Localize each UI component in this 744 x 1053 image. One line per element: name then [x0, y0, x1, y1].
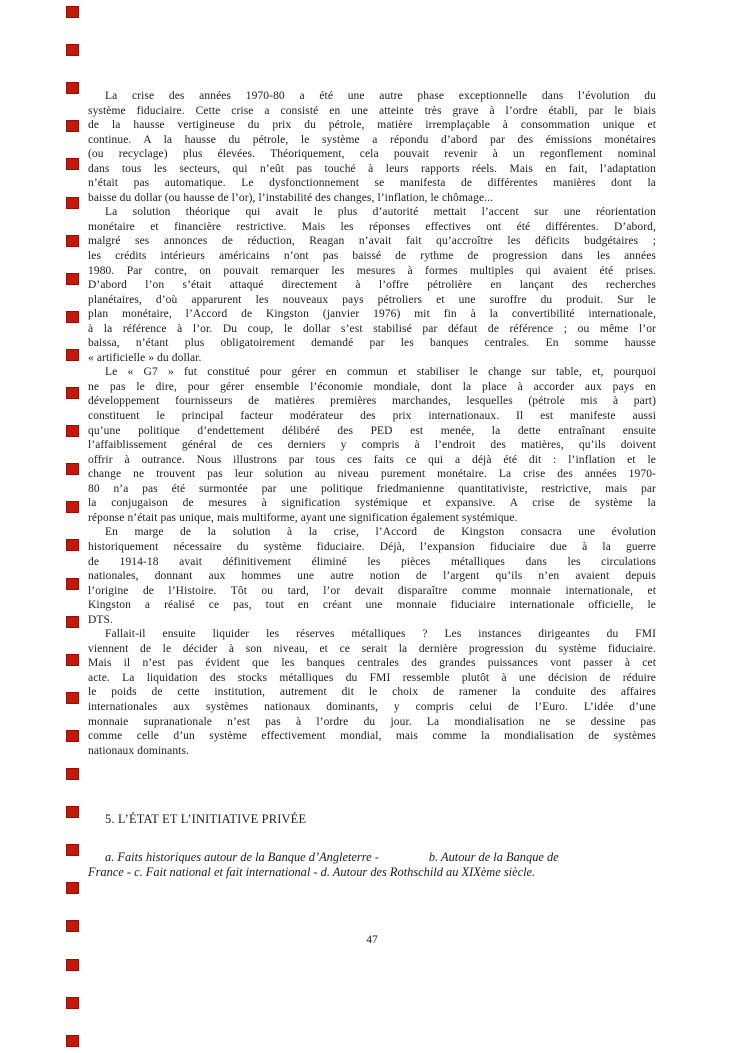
subheading-line: a. Faits historiques autour de la Banque…	[88, 850, 656, 865]
margin-mark	[66, 1035, 79, 1047]
subheading-item-a: a. Faits historiques autour de la Banque…	[105, 850, 379, 864]
margin-mark	[66, 6, 79, 18]
margin-mark	[66, 997, 79, 1009]
text-line: ne pas le dire, pour gérer ensemble l’éc…	[88, 380, 656, 395]
text-line: Mais il n’est pas évident que les banque…	[88, 656, 656, 671]
margin-mark	[66, 273, 79, 285]
margin-mark	[66, 387, 79, 399]
text-line: de 1914-18 avait définitivement éliminé …	[88, 555, 656, 570]
text-line: la conjugaison de mesures à significatio…	[88, 496, 656, 511]
text-line: réponse n’était pas unique, mais multifo…	[88, 511, 656, 526]
margin-mark	[66, 235, 79, 247]
text-line: DTS.	[88, 613, 656, 628]
text-line: En marge de la solution à la crise, l’Ac…	[88, 525, 656, 540]
text-line: internationales aux systèmes nationaux d…	[88, 700, 656, 715]
margin-mark	[66, 311, 79, 323]
margin-mark	[66, 158, 79, 170]
margin-mark	[66, 349, 79, 361]
page-number: 47	[0, 934, 744, 946]
text-line: dans tous les secteurs, qui n’eût pas to…	[88, 162, 656, 177]
text-line: La crise des années 1970-80 a été une au…	[88, 89, 656, 104]
text-line: n’était pas automatique. Le dysfonctionn…	[88, 176, 656, 191]
subheading-gap	[379, 860, 429, 861]
margin-mark	[66, 463, 79, 475]
text-line: de la hausse vertigineuse du prix du pét…	[88, 118, 656, 133]
margin-mark	[66, 578, 79, 590]
margin-mark	[66, 539, 79, 551]
text-line: monétaire et financière restrictive. Mai…	[88, 220, 656, 235]
text-line: le poids de cette institution, autrement…	[88, 685, 656, 700]
text-line: 80 n’a pas été surmontée par une politiq…	[88, 482, 656, 497]
margin-mark	[66, 692, 79, 704]
text-line: Kingston a réalisé ce pas, tout en créan…	[88, 598, 656, 613]
body-text: La crise des années 1970-80 a été une au…	[88, 89, 656, 758]
margin-mark	[66, 197, 79, 209]
subheading-line: France - c. Fait national et fait intern…	[88, 865, 656, 880]
text-line: monnaie supranationale n’est pas à l’ord…	[88, 715, 656, 730]
text-line: La solution théorique qui avait le plus …	[88, 205, 656, 220]
text-line: historiquement nécessaire du système fid…	[88, 540, 656, 555]
margin-mark	[66, 654, 79, 666]
margin-mark	[66, 82, 79, 94]
document-page: La crise des années 1970-80 a été une au…	[0, 0, 744, 1053]
margin-mark	[66, 501, 79, 513]
text-line: Fallait-il ensuite liquider les réserves…	[88, 627, 656, 642]
text-line: les crédits intérieurs américains n’ont …	[88, 249, 656, 264]
text-line: planétaires, d’où apparurent les nouveau…	[88, 293, 656, 308]
text-line: l’affaiblissement général de ces dernier…	[88, 438, 656, 453]
margin-mark	[66, 882, 79, 894]
margin-mark	[66, 730, 79, 742]
text-line: développement fournisseurs de matières p…	[88, 394, 656, 409]
text-line: l’origine de l’Histoire. Tôt ou tard, l’…	[88, 584, 656, 599]
margin-mark	[66, 959, 79, 971]
text-line: constituent le principal facteur modérat…	[88, 409, 656, 424]
text-line: plan monétaire, l’Accord de Kingston (ja…	[88, 307, 656, 322]
margin-mark	[66, 806, 79, 818]
margin-mark	[66, 920, 79, 932]
text-line: à la référence à l’or. Du coup, le dolla…	[88, 322, 656, 337]
text-line: qu’une politique d’endettement délibéré …	[88, 424, 656, 439]
subheading-block: a. Faits historiques autour de la Banque…	[88, 850, 656, 880]
text-line: continue. A la hausse du pétrole, le sys…	[88, 133, 656, 148]
text-line: comme celle d’un système effectivement m…	[88, 729, 656, 744]
text-line: 1980. Par contre, on pouvait remarquer l…	[88, 264, 656, 279]
text-line: acte. La liquidation des stocks métalliq…	[88, 671, 656, 686]
text-line: viennent de le décider à son niveau, et …	[88, 642, 656, 657]
text-line: nationales, donnant aux hommes une autre…	[88, 569, 656, 584]
margin-mark	[66, 844, 79, 856]
section-heading: 5. L’ÉTAT ET L’INITIATIVE PRIVÉE	[105, 812, 306, 827]
margin-mark	[66, 768, 79, 780]
text-line: offrir à outrance. Nous illustrons par t…	[88, 453, 656, 468]
text-line: système fiduciaire. Cette crise a consis…	[88, 104, 656, 119]
text-line: baisse du dollar (ou hausse de l’or), l’…	[88, 191, 656, 206]
margin-mark	[66, 120, 79, 132]
text-line: baissa, n’étant plus obligatoirement dem…	[88, 336, 656, 351]
margin-mark	[66, 616, 79, 628]
text-line: change ne trouvent pas leur solution au …	[88, 467, 656, 482]
subheading-item-b: b. Autour de la Banque de	[429, 850, 559, 864]
text-line: « artificielle » du dollar.	[88, 351, 656, 366]
text-line: malgré ses annonces de réduction, Reagan…	[88, 234, 656, 249]
text-line: nationaux dominants.	[88, 744, 656, 759]
margin-mark	[66, 425, 79, 437]
text-line: Le « G7 » fut constitué pour gérer en co…	[88, 365, 656, 380]
margin-mark	[66, 44, 79, 56]
text-line: (ou recyclage) plus élevées. Théoriqueme…	[88, 147, 656, 162]
text-line: D’abord l’on s’était attaqué directement…	[88, 278, 656, 293]
